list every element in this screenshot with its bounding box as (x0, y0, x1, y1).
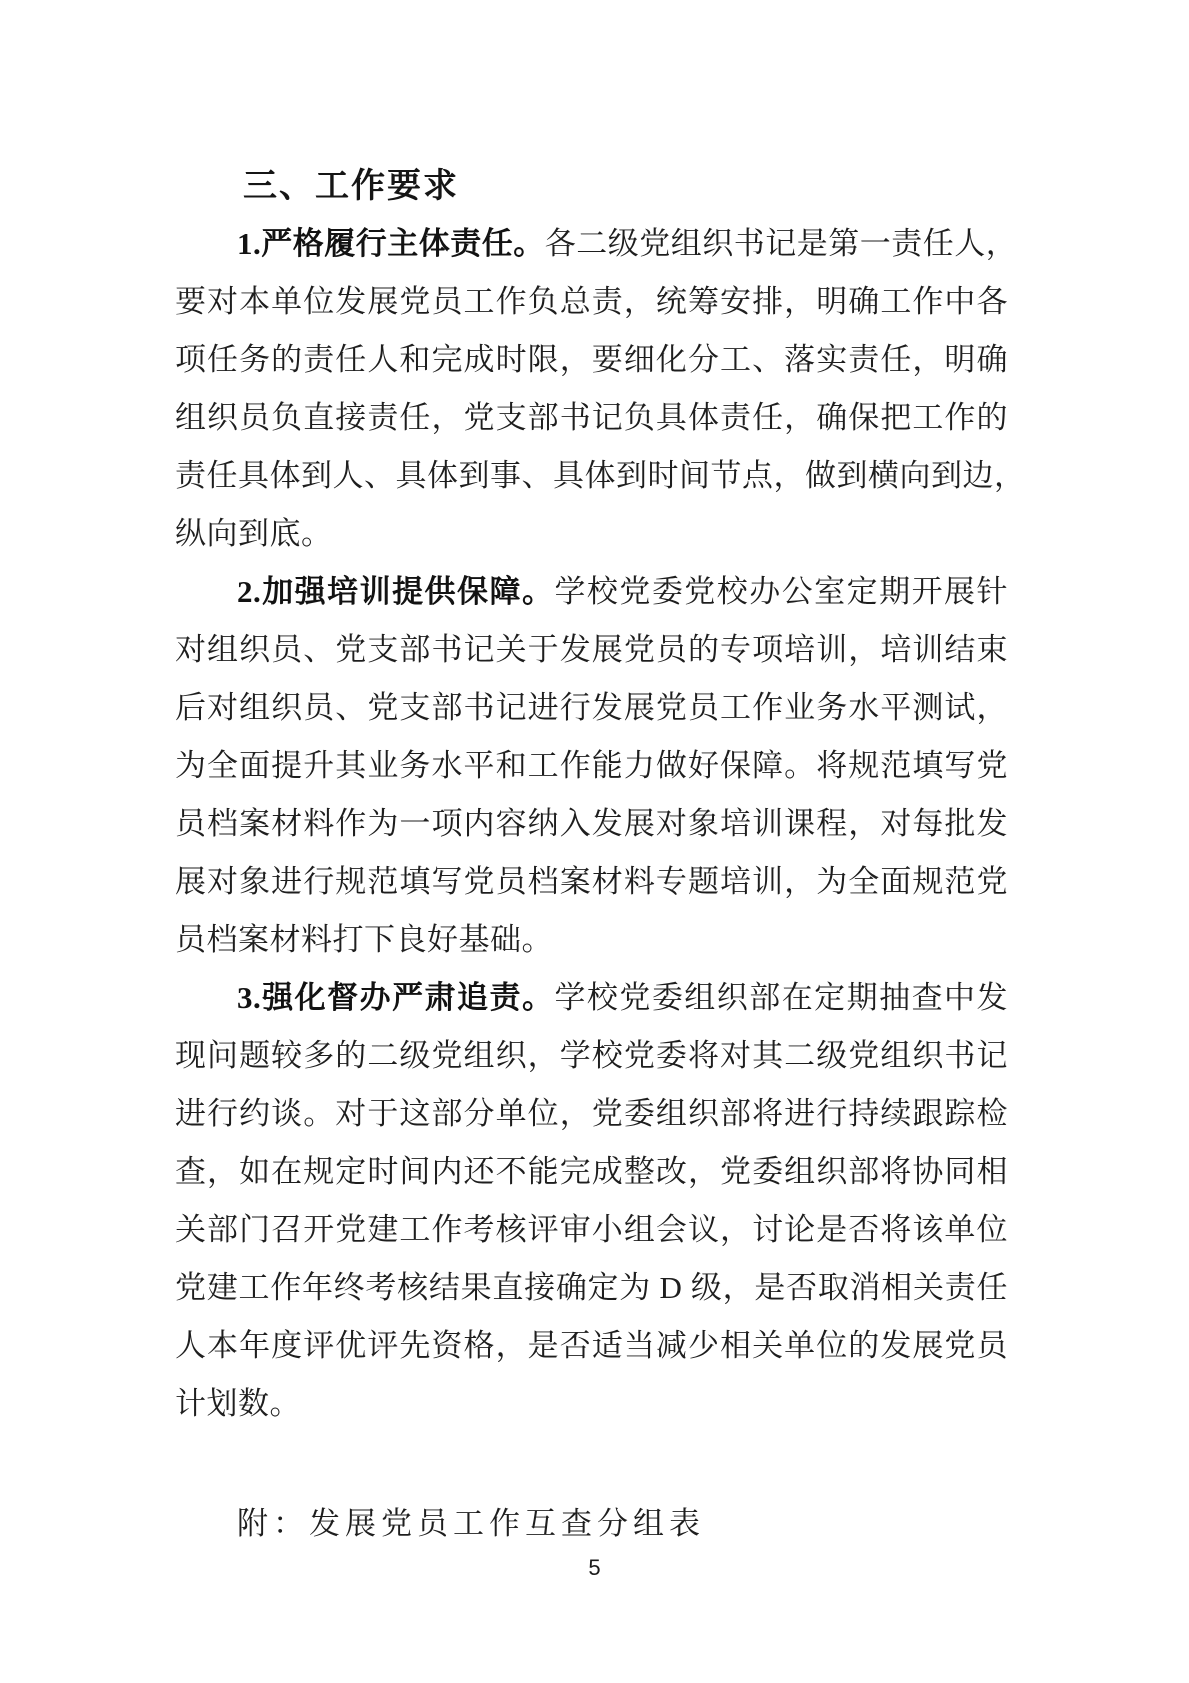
document-page: 三、工作要求 1.严格履行主体责任。各二级党组织书记是第一责任人， 要对本单位发… (0, 0, 1189, 1683)
paragraph-2-line: 员档案材料作为一项内容纳入发展对象培训课程，对每批发 (175, 795, 1008, 853)
paragraph-3-line: 现问题较多的二级党组织，学校党委将对其二级党组织书记 (175, 1027, 1008, 1085)
paragraph-1-text: 各二级党组织书记是第一责任人， (545, 226, 1018, 261)
paragraph-1-line: 1.严格履行主体责任。各二级党组织书记是第一责任人， (175, 215, 1008, 273)
paragraph-1-line: 责任具体到人、具体到事、具体到时间节点，做到横向到边， (175, 447, 1008, 505)
paragraph-3-line: 查，如在规定时间内还不能完成整改，党委组织部将协同相 (175, 1143, 1008, 1201)
paragraph-1-line: 要对本单位发展党员工作负总责，统筹安排，明确工作中各 (175, 273, 1008, 331)
paragraph-3-line: 计划数。 (175, 1375, 1008, 1433)
paragraph-3-line: 关部门召开党建工作考核评审小组会议，讨论是否将该单位 (175, 1201, 1008, 1259)
paragraph-2-line: 2.加强培训提供保障。学校党委党校办公室定期开展针 (175, 563, 1008, 621)
paragraph-1-line: 项任务的责任人和完成时限，要细化分工、落实责任，明确 (175, 331, 1008, 389)
page-number: 5 (0, 1553, 1189, 1583)
paragraph-1-line: 组织员负直接责任，党支部书记负具体责任，确保把工作的 (175, 389, 1008, 447)
paragraph-1-lead: 1.严格履行主体责任。 (237, 226, 545, 261)
paragraph-2-line: 为全面提升其业务水平和工作能力做好保障。将规范填写党 (175, 737, 1008, 795)
paragraph-2-text: 学校党委党校办公室定期开展针 (554, 574, 1008, 609)
paragraph-2-line: 员档案材料打下良好基础。 (175, 911, 1008, 969)
paragraph-2-line: 对组织员、党支部书记关于发展党员的专项培训，培训结束 (175, 621, 1008, 679)
paragraph-2-line: 后对组织员、党支部书记进行发展党员工作业务水平测试， (175, 679, 1008, 737)
attachment-reference: 附：发展党员工作互查分组表 (175, 1495, 1008, 1553)
document-body: 三、工作要求 1.严格履行主体责任。各二级党组织书记是第一责任人， 要对本单位发… (175, 157, 1008, 1553)
paragraph-3-text: 学校党委组织部在定期抽查中发 (554, 980, 1008, 1015)
paragraph-2-line: 展对象进行规范填写党员档案材料专题培训，为全面规范党 (175, 853, 1008, 911)
paragraph-3-line: 党建工作年终考核结果直接确定为 D 级，是否取消相关责任 (175, 1259, 1008, 1317)
paragraph-2-lead: 2.加强培训提供保障。 (237, 574, 554, 609)
paragraph-1-line: 纵向到底。 (175, 505, 1008, 563)
paragraph-3-line: 进行约谈。对于这部分单位，党委组织部将进行持续跟踪检 (175, 1085, 1008, 1143)
paragraph-3-line: 3.强化督办严肃追责。学校党委组织部在定期抽查中发 (175, 969, 1008, 1027)
paragraph-3-lead: 3.强化督办严肃追责。 (237, 980, 554, 1015)
section-heading: 三、工作要求 (175, 157, 1008, 215)
paragraph-3-line: 人本年度评优评先资格，是否适当减少相关单位的发展党员 (175, 1317, 1008, 1375)
